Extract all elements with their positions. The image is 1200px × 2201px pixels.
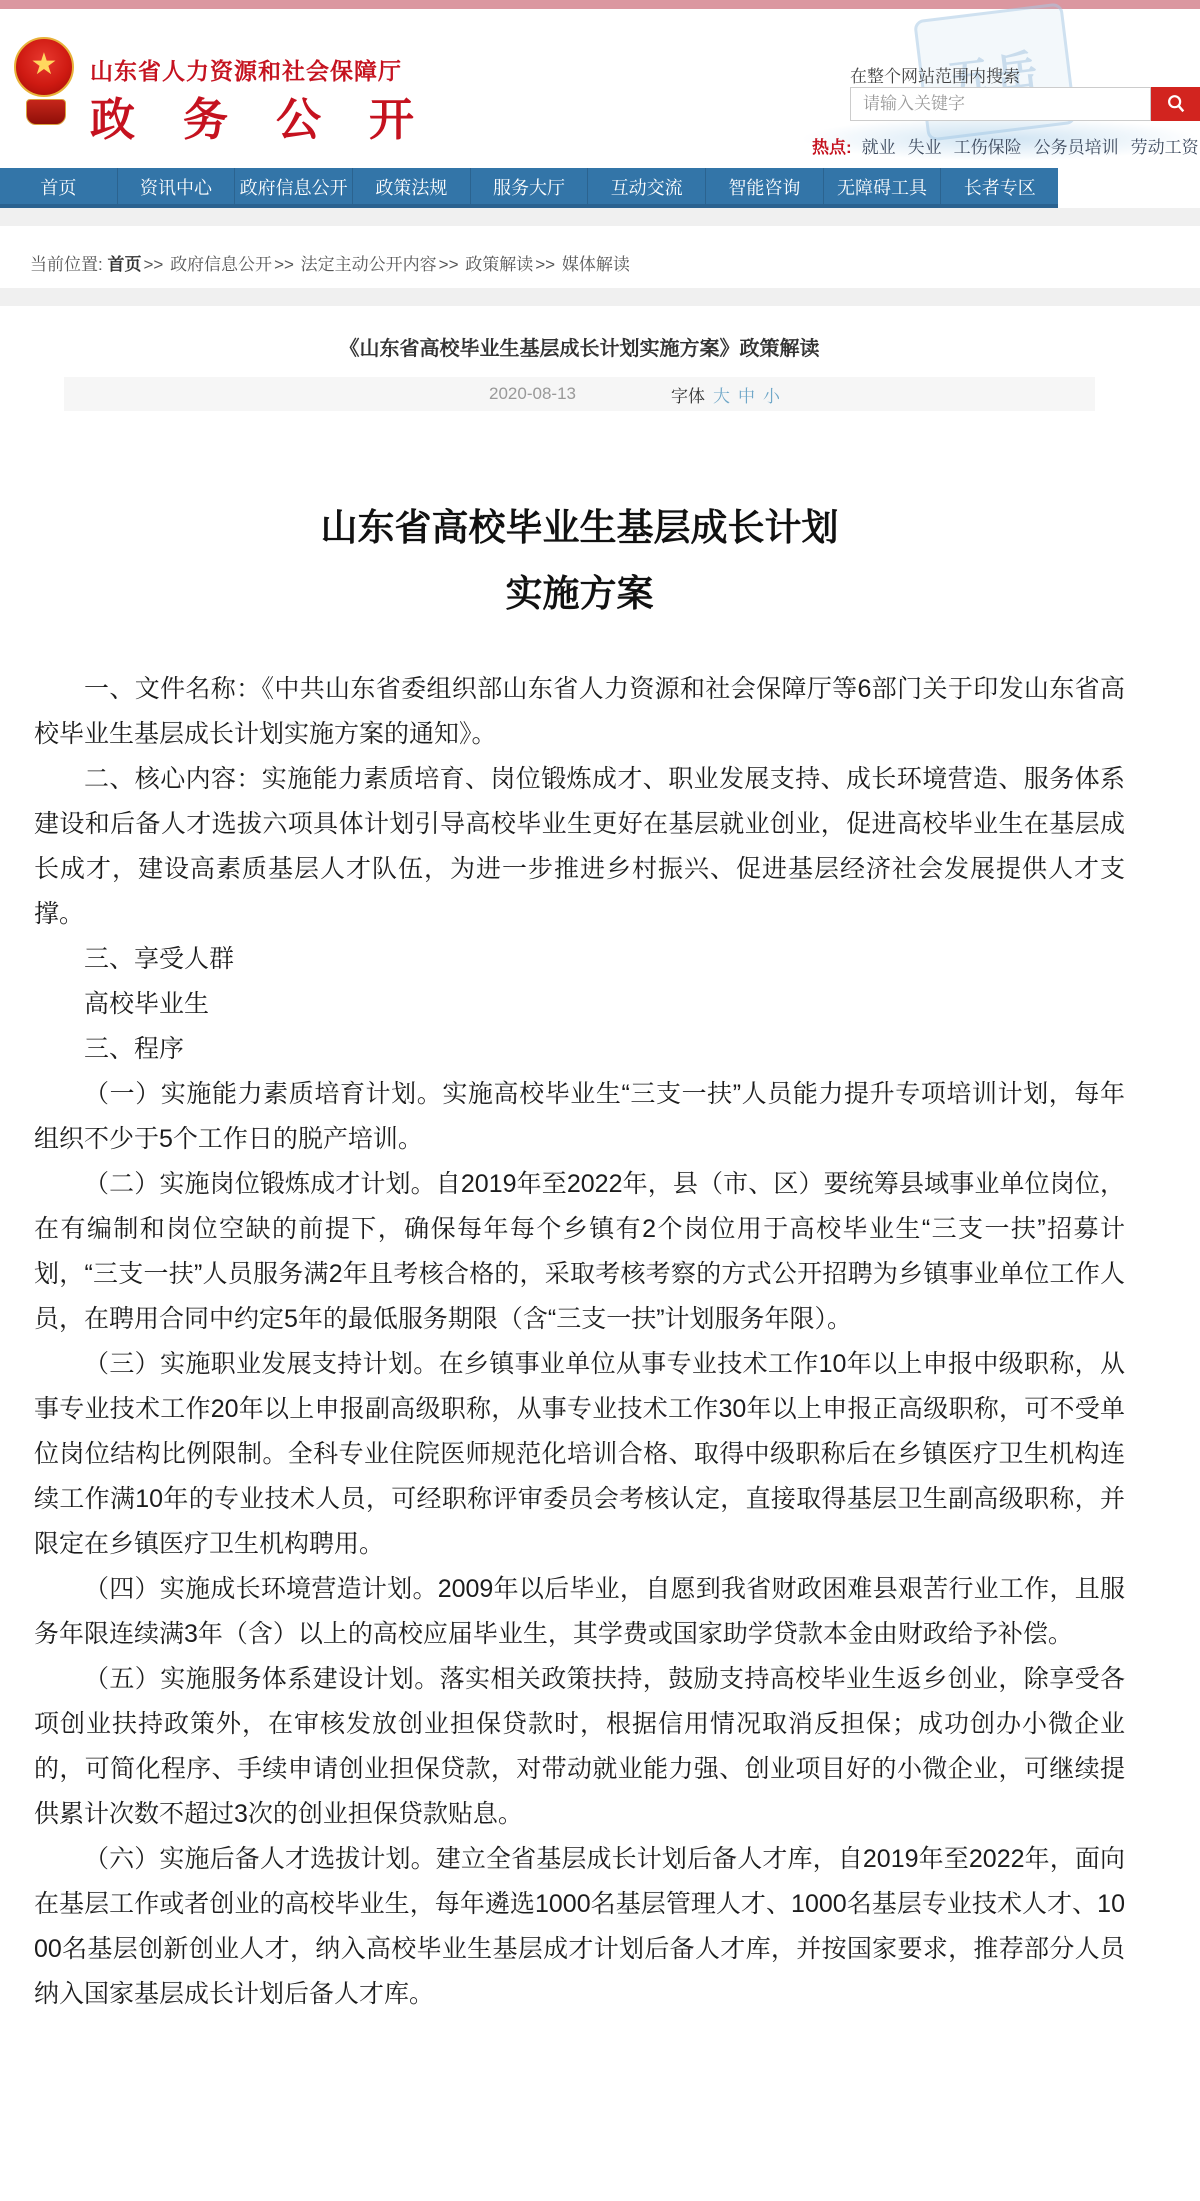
breadcrumb-label: 当前位置: bbox=[30, 255, 103, 274]
divider-strip-top bbox=[0, 208, 1200, 226]
search-scope-label: 在整个网站范围内搜索 bbox=[850, 62, 1020, 87]
breadcrumb-item-media-interpretation[interactable]: 媒体解读 bbox=[562, 255, 630, 274]
document-heading-line1: 山东省高校毕业生基层成长计划 bbox=[34, 495, 1125, 561]
hot-link-injury-insurance[interactable]: 工伤保险 bbox=[954, 138, 1022, 157]
search-icon bbox=[1165, 93, 1187, 115]
hot-link-civil-servant-training[interactable]: 公务员培训 bbox=[1034, 138, 1119, 157]
nav-item-news-center[interactable]: 资讯中心 bbox=[117, 168, 235, 204]
document-heading: 山东省高校毕业生基层成长计划 实施方案 bbox=[34, 495, 1125, 627]
paragraph: （一）实施能力素质培育计划。实施高校毕业生“三支一扶”人员能力提升专项培训计划，… bbox=[34, 1072, 1125, 1162]
search-box bbox=[850, 87, 1200, 121]
hot-link-employment[interactable]: 就业 bbox=[862, 138, 896, 157]
top-accent-strip bbox=[0, 0, 1200, 9]
breadcrumb-item-home[interactable]: 首页 bbox=[107, 255, 141, 274]
paragraph: 二、核心内容：实施能力素质培育、岗位锻炼成才、职业发展支持、成长环境营造、服务体… bbox=[34, 757, 1125, 937]
hot-link-labor-wages[interactable]: 劳动工资 bbox=[1131, 138, 1199, 157]
nav-item-gov-info[interactable]: 政府信息公开 bbox=[234, 168, 352, 204]
national-emblem-logo: ★ bbox=[14, 37, 78, 137]
hot-words-bar: 热点:就业失业工伤保险公务员培训劳动工资 bbox=[812, 133, 1200, 158]
breadcrumb-item-gov-info[interactable]: 政府信息公开 bbox=[170, 255, 272, 274]
breadcrumb-item-statutory-disclosure[interactable]: 法定主动公开内容 bbox=[301, 255, 437, 274]
nav-item-senior-zone[interactable]: 长者专区 bbox=[940, 168, 1058, 204]
nav-item-interaction[interactable]: 互动交流 bbox=[587, 168, 705, 204]
nav-item-service-hall[interactable]: 服务大厅 bbox=[470, 168, 588, 204]
national-emblem-icon: ★ bbox=[14, 37, 74, 97]
paragraph: 一、文件名称：《中共山东省委组织部山东省人力资源和社会保障厅等6部门关于印发山东… bbox=[34, 667, 1125, 757]
site-name: 山东省人力资源和社会保障厅 bbox=[90, 53, 402, 86]
paragraph: 三、程序 bbox=[34, 1027, 1125, 1072]
paragraph: （四）实施成长环境营造计划。2009年以后毕业，自愿到我省财政困难县艰苦行业工作… bbox=[34, 1567, 1125, 1657]
nav-item-policy-law[interactable]: 政策法规 bbox=[352, 168, 470, 204]
font-size-medium-button[interactable]: 中 bbox=[738, 382, 755, 407]
font-size-small-button[interactable]: 小 bbox=[763, 382, 780, 407]
publish-date: 2020-08-13 bbox=[489, 384, 576, 404]
hot-words-label: 热点: bbox=[812, 138, 852, 157]
paragraph: 高校毕业生 bbox=[34, 982, 1125, 1027]
font-size-control: 字体 大 中 小 bbox=[671, 382, 780, 407]
paragraph: （三）实施职业发展支持计划。在乡镇事业单位从事专业技术工作10年以上申报中级职称… bbox=[34, 1342, 1125, 1567]
article-panel: 《山东省高校毕业生基层成长计划实施方案》政策解读 2020-08-13 字体 大… bbox=[0, 306, 1200, 2116]
article-meta-bar: 2020-08-13 字体 大 中 小 bbox=[64, 377, 1095, 411]
site-header: 五岳 ★ 山东省人力资源和社会保障厅 政务公开 在整个网站范围内搜索 热点:就业… bbox=[0, 9, 1200, 168]
breadcrumb-item-policy-interpretation[interactable]: 政策解读 bbox=[465, 255, 533, 274]
nav-item-accessibility[interactable]: 无障碍工具 bbox=[823, 168, 941, 204]
nav-item-home[interactable]: 首页 bbox=[0, 168, 117, 204]
document-heading-line2: 实施方案 bbox=[34, 561, 1125, 627]
nav-item-smart-consult[interactable]: 智能咨询 bbox=[705, 168, 823, 204]
font-size-large-button[interactable]: 大 bbox=[713, 382, 730, 407]
paragraph: （二）实施岗位锻炼成才计划。自2019年至2022年，县（市、区）要统筹县域事业… bbox=[34, 1162, 1125, 1342]
article-body: 一、文件名称：《中共山东省委组织部山东省人力资源和社会保障厅等6部门关于印发山东… bbox=[34, 667, 1125, 2017]
search-input[interactable] bbox=[850, 87, 1151, 121]
article-title: 《山东省高校毕业生基层成长计划实施方案》政策解读 bbox=[34, 306, 1125, 361]
section-title: 政务公开 bbox=[90, 83, 462, 148]
hot-link-unemployment[interactable]: 失业 bbox=[908, 138, 942, 157]
breadcrumb: 当前位置: 首页>> 政府信息公开>> 法定主动公开内容>> 政策解读>> 媒体… bbox=[0, 226, 1200, 288]
search-button[interactable] bbox=[1151, 87, 1200, 121]
divider-strip-bottom bbox=[0, 288, 1200, 306]
main-navigation: 首页 资讯中心 政府信息公开 政策法规 服务大厅 互动交流 智能咨询 无障碍工具… bbox=[0, 168, 1058, 208]
paragraph: （六）实施后备人才选拔计划。建立全省基层成长计划后备人才库，自2019年至202… bbox=[34, 1837, 1125, 2017]
font-size-label: 字体 bbox=[671, 382, 705, 407]
paragraph: 三、享受人群 bbox=[34, 937, 1125, 982]
paragraph: （五）实施服务体系建设计划。落实相关政策扶持，鼓励支持高校毕业生返乡创业，除享受… bbox=[34, 1657, 1125, 1837]
